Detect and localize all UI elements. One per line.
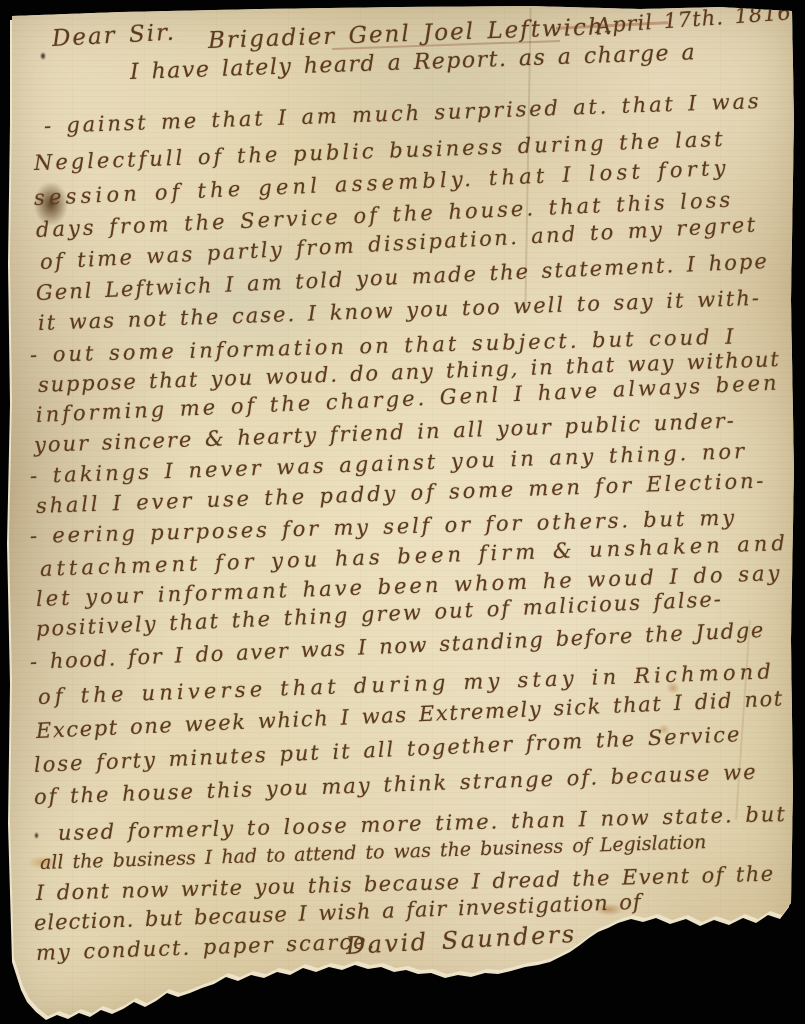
signature: David Saunders <box>345 920 577 960</box>
worm-hole <box>40 52 46 60</box>
worm-hole <box>34 832 39 839</box>
letter-paper: Dear Sir. Brigadier Genl Joel Leftwich. … <box>0 0 805 1024</box>
letter-scan: Dear Sir. Brigadier Genl Joel Leftwich. … <box>0 0 805 1024</box>
salutation: Dear Sir. <box>51 20 176 52</box>
fold-crease <box>735 620 751 820</box>
letter-date: April 17th. 1816. <box>595 0 800 38</box>
